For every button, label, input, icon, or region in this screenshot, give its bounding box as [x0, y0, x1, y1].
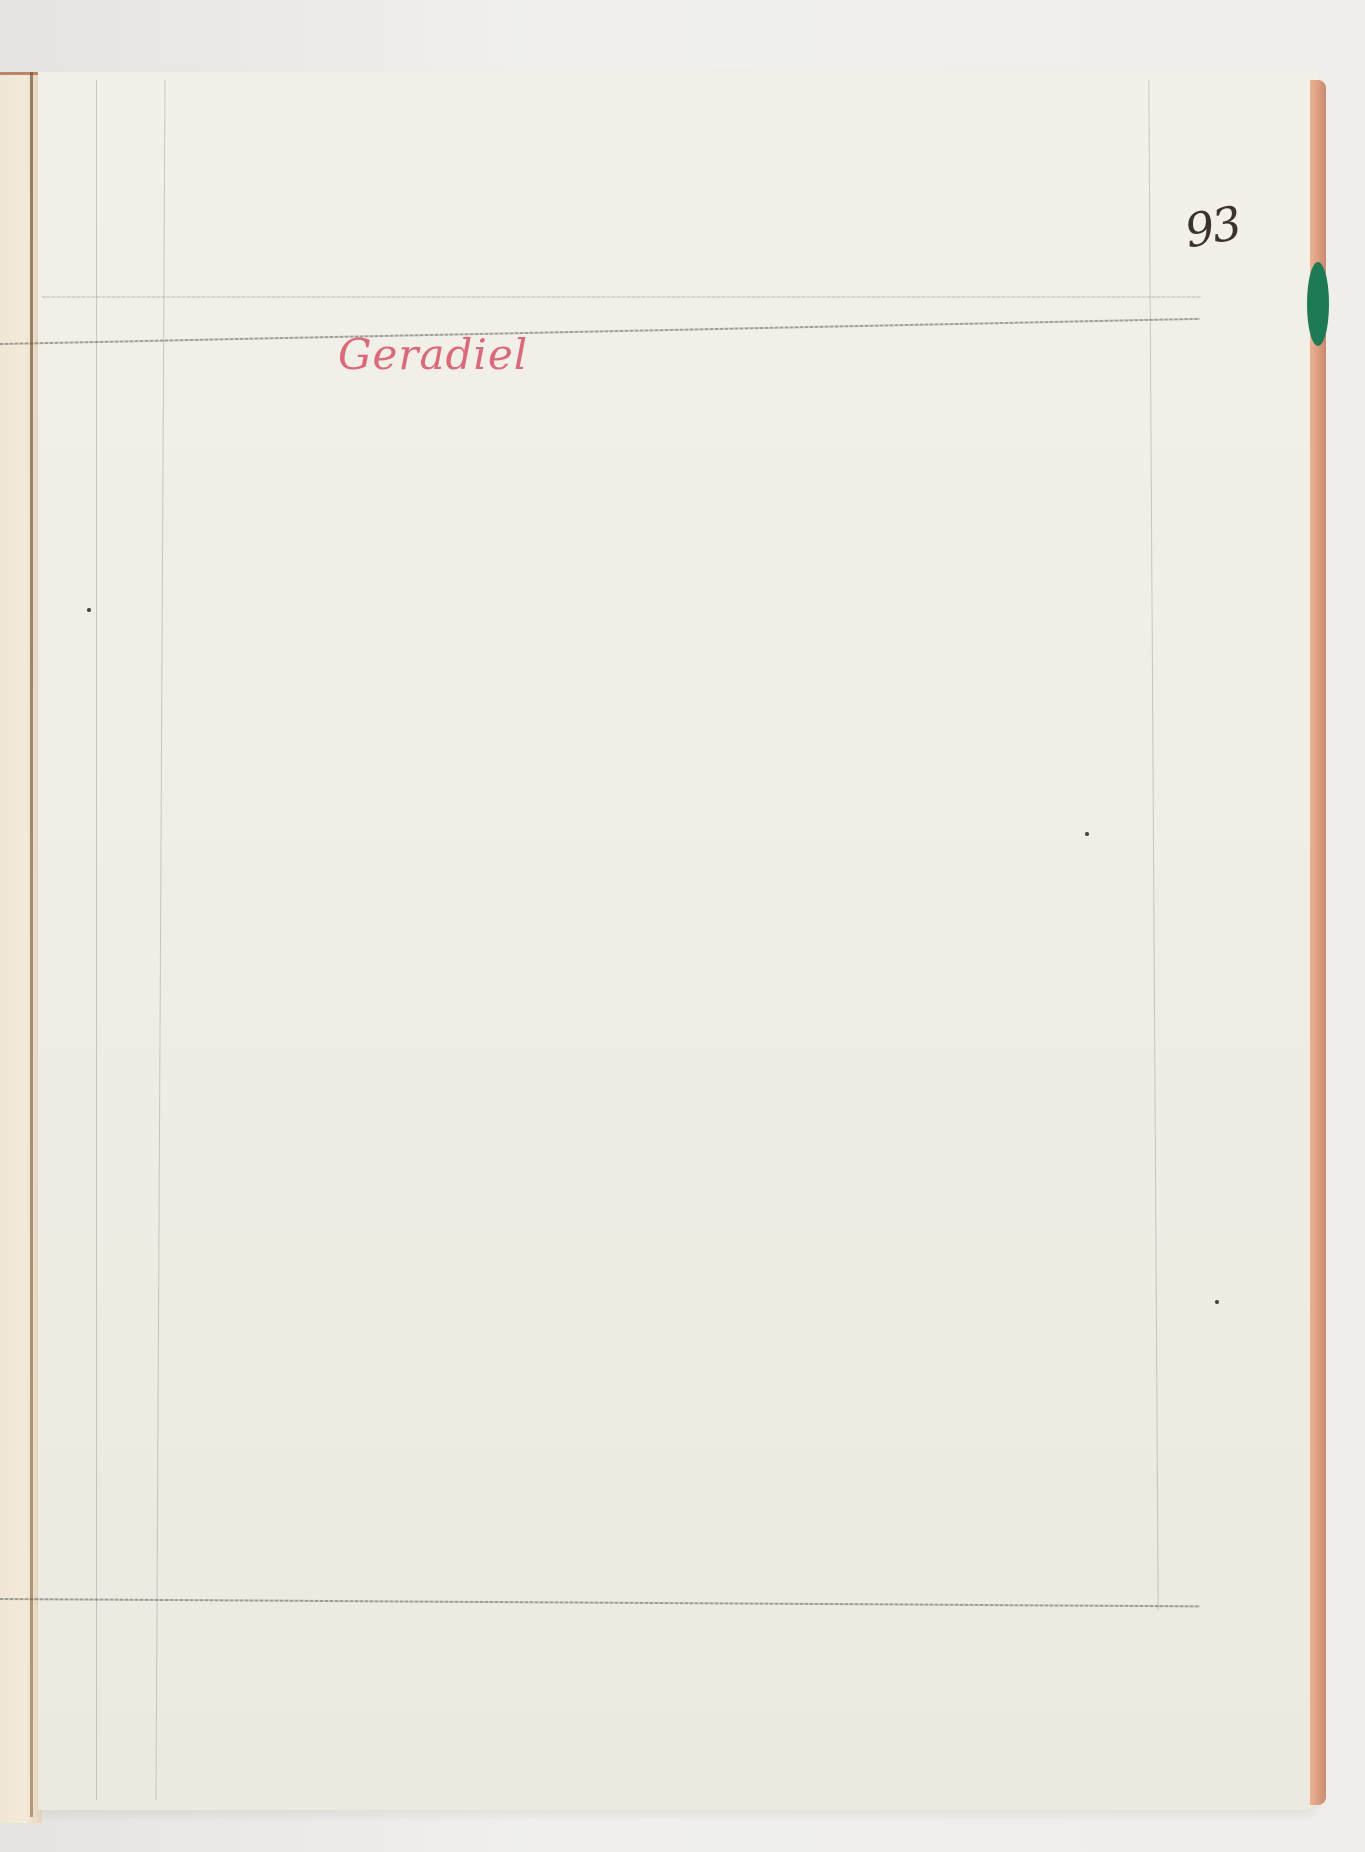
green-tab-marker	[1307, 262, 1329, 346]
ink-speck	[87, 608, 91, 612]
handwritten-heading: Geradiel	[338, 330, 528, 379]
facing-page-edge	[0, 72, 42, 1823]
pencil-rule-left-outer	[96, 80, 97, 1800]
binding-gutter	[30, 72, 33, 1817]
ink-speck	[1215, 1300, 1219, 1304]
notebook-page	[38, 72, 1318, 1810]
pencil-rule-top-faint	[42, 296, 1202, 298]
page-number: 93	[1181, 196, 1244, 259]
ink-speck	[1085, 832, 1089, 836]
